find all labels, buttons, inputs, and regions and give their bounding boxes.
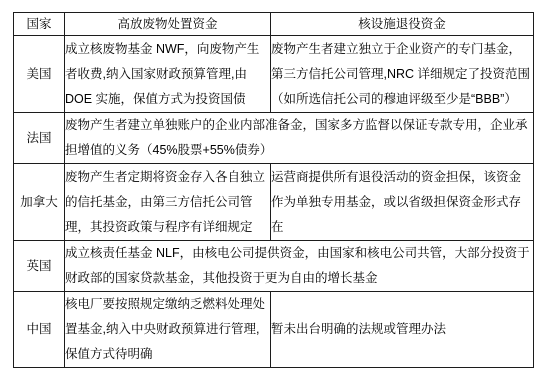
- table-row: 美国成立核废物基金 NWF，向废物产生者收费,纳入国家财政预算管理,由 DOE …: [14, 36, 534, 113]
- country-cell: 美国: [14, 36, 65, 113]
- decommissioning-fund-cell: 运营商提供所有退役活动的资金担保，该资金作为单独专用基金，或以省级担保资金形式存…: [271, 164, 534, 241]
- fund-comparison-table: 国家 高放废物处置资金 核设施退役资金 美国成立核废物基金 NWF，向废物产生者…: [13, 12, 534, 368]
- col-header-decommissioning-fund: 核设施退役资金: [271, 13, 534, 36]
- page: 国家 高放废物处置资金 核设施退役资金 美国成立核废物基金 NWF，向废物产生者…: [0, 0, 545, 376]
- country-cell: 法国: [14, 113, 65, 164]
- decommissioning-fund-cell: 暂未出台明确的法规或管理办法: [271, 292, 534, 368]
- hlw-fund-cell: 核电厂要按照规定缴纳乏燃料处理处置基金,纳入中央财政预算进行管理,保值方式待明确: [65, 292, 271, 368]
- country-cell: 英国: [14, 241, 65, 292]
- table-row: 中国核电厂要按照规定缴纳乏燃料处理处置基金,纳入中央财政预算进行管理,保值方式待…: [14, 292, 534, 368]
- merged-fund-cell: 成立核责任基金 NLF，由核电公司提供资金，由国家和核电公司共管，大部分投资于财…: [65, 241, 534, 292]
- country-cell: 加拿大: [14, 164, 65, 241]
- merged-fund-cell: 废物产生者建立单独账户的企业内部准备金，国家多方监督以保证专款专用，企业承担增值…: [65, 113, 534, 164]
- table-row: 法国废物产生者建立单独账户的企业内部准备金，国家多方监督以保证专款专用，企业承担…: [14, 113, 534, 164]
- hlw-fund-cell: 成立核废物基金 NWF，向废物产生者收费,纳入国家财政预算管理,由 DOE 实施…: [65, 36, 271, 113]
- decommissioning-fund-cell: 废物产生者建立独立于企业资产的专门基金，第三方信托公司管理,NRC 详细规定了投…: [271, 36, 534, 113]
- country-cell: 中国: [14, 292, 65, 368]
- table-row: 英国成立核责任基金 NLF，由核电公司提供资金，由国家和核电公司共管，大部分投资…: [14, 241, 534, 292]
- col-header-country: 国家: [14, 13, 65, 36]
- table-body: 美国成立核废物基金 NWF，向废物产生者收费,纳入国家财政预算管理,由 DOE …: [14, 36, 534, 368]
- table-row: 加拿大废物产生者定期将资金存入各自独立的信托基金，由第三方信托公司管理，其投资政…: [14, 164, 534, 241]
- col-header-hlw-disposal-fund: 高放废物处置资金: [65, 13, 271, 36]
- header-row: 国家 高放废物处置资金 核设施退役资金: [14, 13, 534, 36]
- hlw-fund-cell: 废物产生者定期将资金存入各自独立的信托基金，由第三方信托公司管理，其投资政策与程…: [65, 164, 271, 241]
